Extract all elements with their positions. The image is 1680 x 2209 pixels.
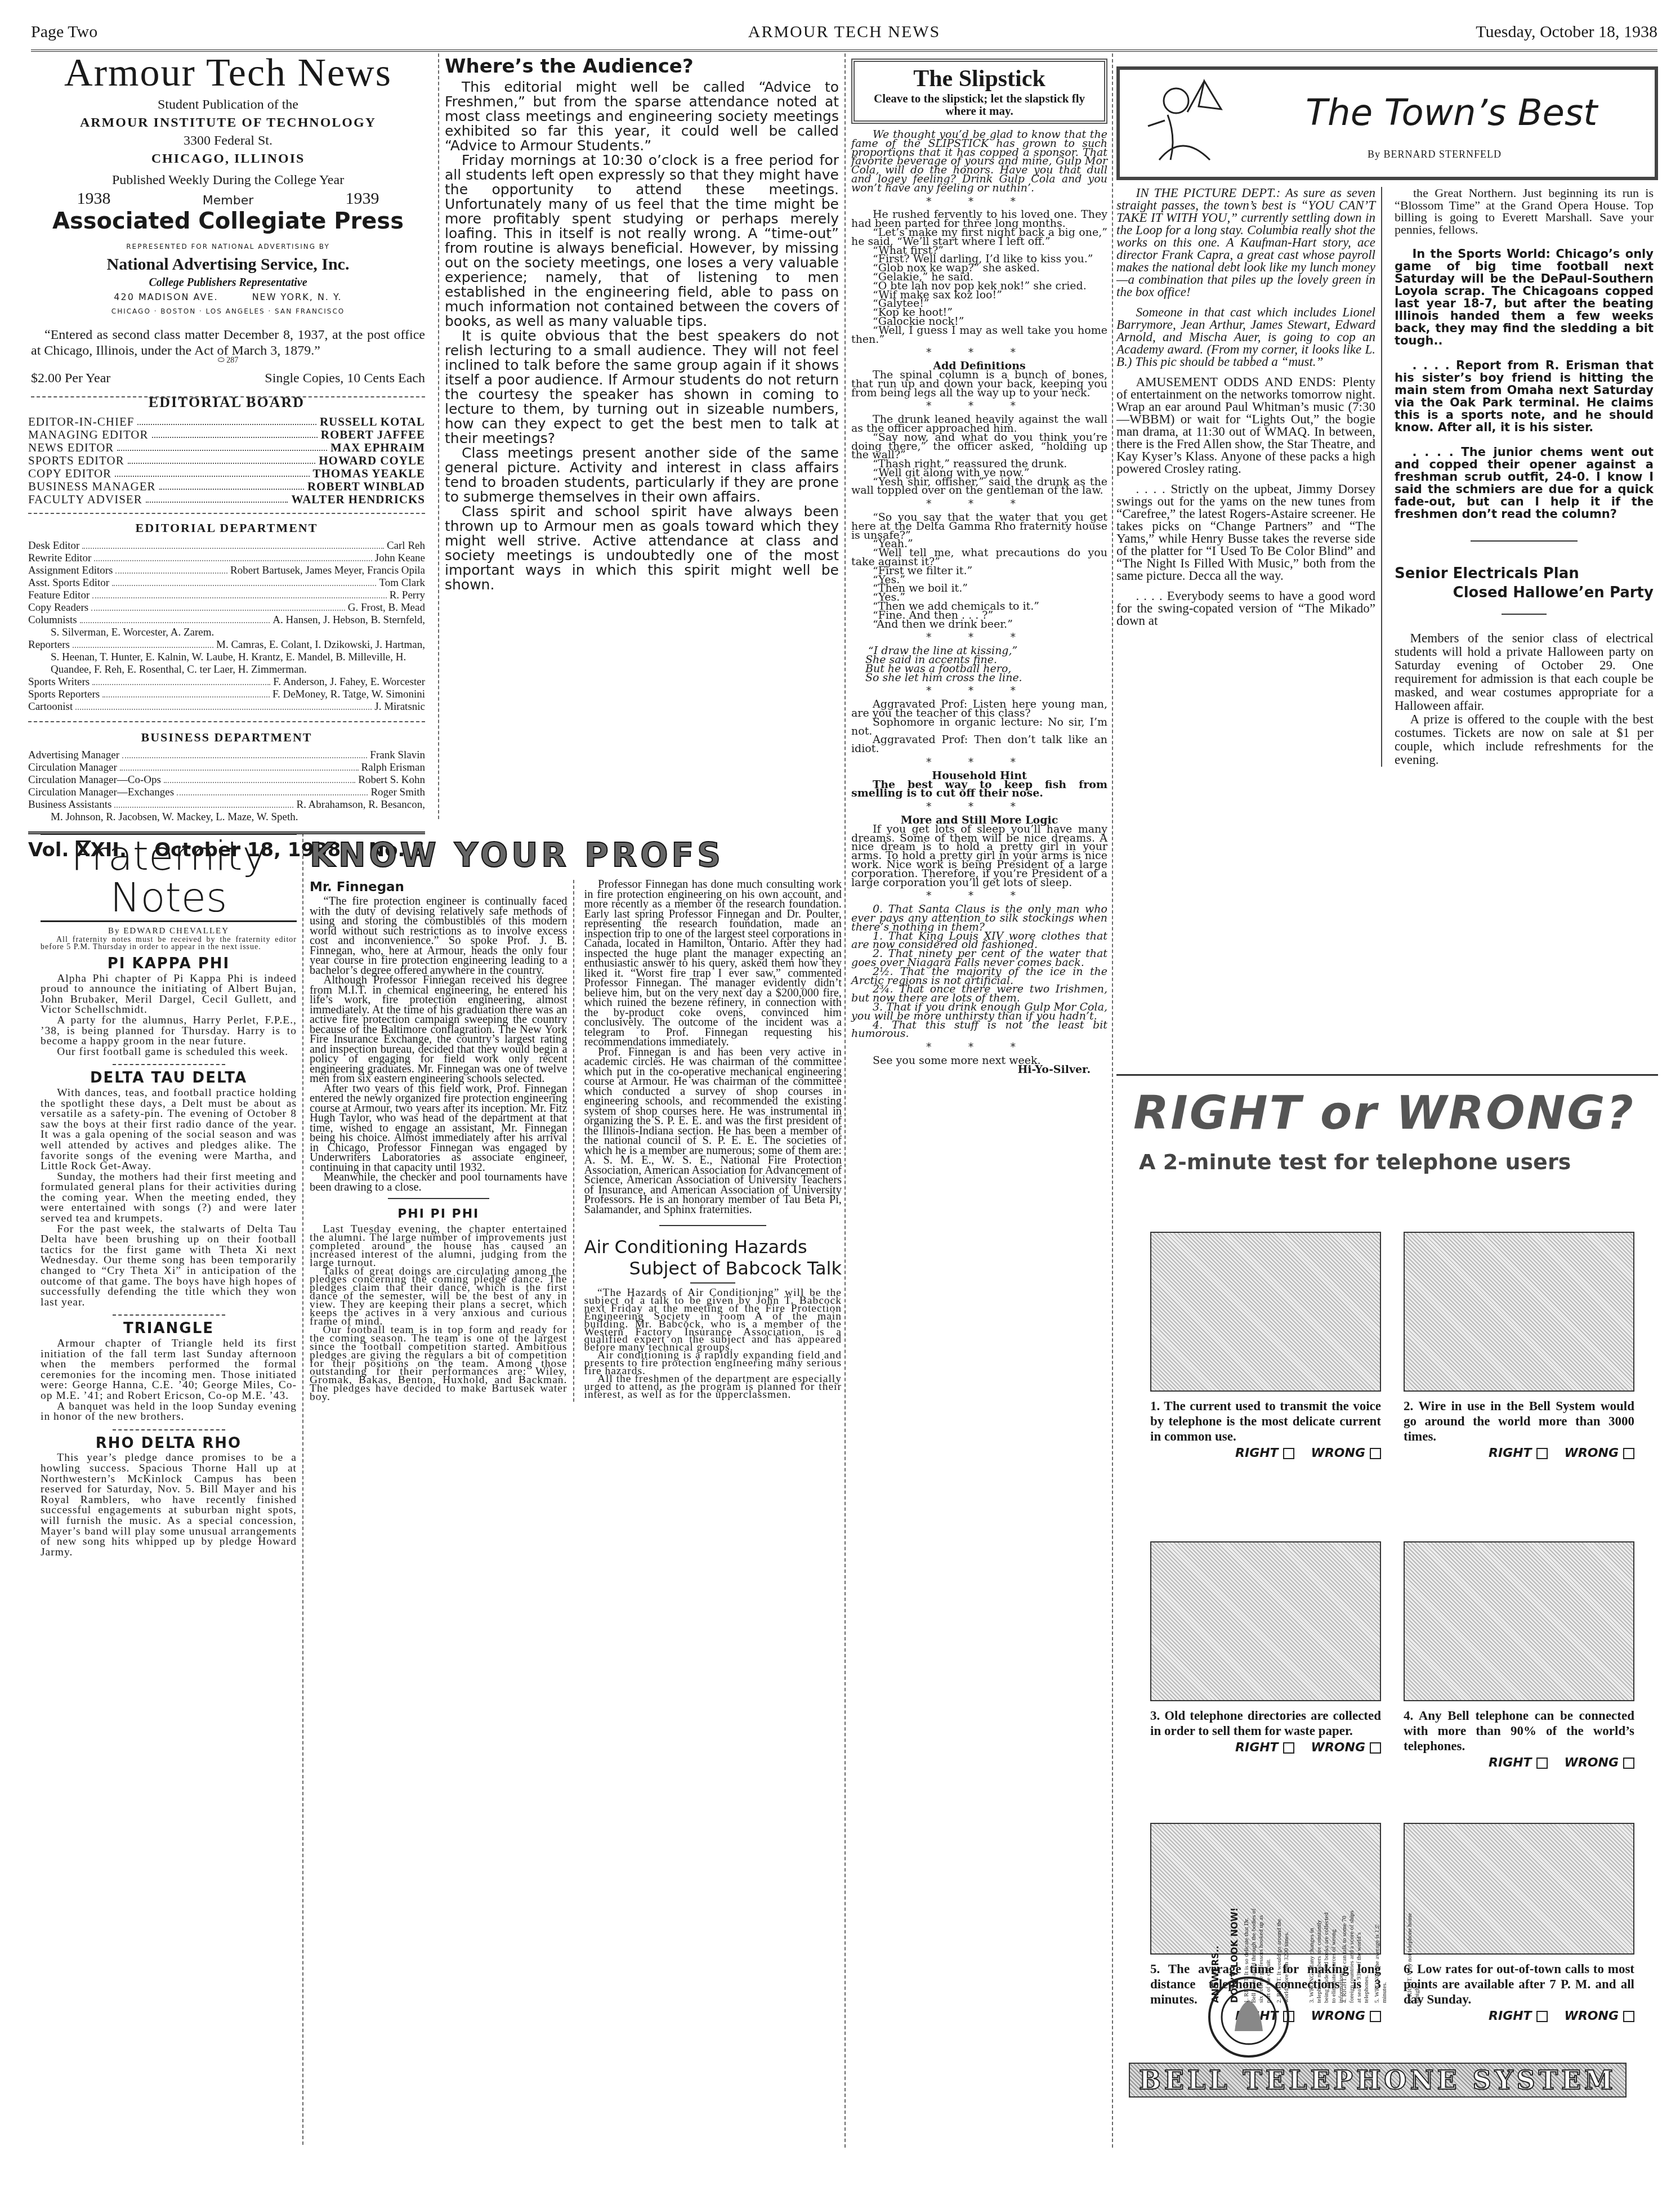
list-item: 0. That Santa Claus is the only man who … [851,905,1107,932]
right-checkbox[interactable] [1536,1758,1548,1769]
separator-stars: * * * [851,687,1107,696]
right-checkbox[interactable] [1536,1448,1548,1459]
fraternity-notes: Fraternity Notes By EDWARD CHEVALLEY All… [41,833,297,1558]
joke-line: “Yesh shir, offisher,” said the drunk as… [851,478,1107,496]
slipstick-intro: We thought you’d be glad to know that th… [851,131,1107,193]
continuation: S. Silverman, E. Worcester, A. Zarem. [28,627,425,639]
person-name: R. Abrahamson, R. Besancon, [296,799,425,811]
separator-stars: * * * [851,500,1107,509]
role-label: COPY EDITOR [28,467,111,480]
paper-name: ARMOUR TECH NEWS [31,23,1657,42]
column-divider [1112,53,1113,2148]
fraternity-heading: TRIANGLE [41,1323,297,1334]
role-label: Desk Editor [28,540,79,552]
air-conditioning-headline: Air Conditioning Hazards Subject of Babc… [584,1236,842,1279]
section-heading: EDITORIAL BOARD [28,394,425,411]
role-label: Circulation Manager [28,762,117,774]
masthead-line: Student Publication of the [31,96,425,114]
person-name: John Keane [375,552,425,565]
role-label: FACULTY ADVISER [28,493,142,506]
leader-dots [82,540,384,549]
know-your-profs: KNOW YOUR PROFS Mr. Finnegan “The fire p… [310,836,842,1402]
fraternity-paragraph: Last Tuesday evening, the chapter entert… [310,1226,568,1268]
phi-pi-phi-heading: PHI PI PHI [310,1207,568,1221]
answer-text: 5. WRONG. The average is 1½ minutes. [1374,1907,1403,2003]
fraternity-heading: DELTA TAU DELTA [41,1073,297,1084]
answer-options: RIGHTWRONG [1404,1756,1634,1770]
leader-dots [120,762,359,771]
masthead-row: FACULTY ADVISERWALTER HENDRICKS [28,493,425,506]
list-item: 4. That this stuff is not the least bit … [851,1021,1107,1039]
leader-dots [94,552,372,561]
column-divider [845,53,846,2148]
fraternity-paragraph: A party for the alumnus, Harry Perlet, F… [41,1016,297,1047]
person-name: Frank Slavin [370,749,425,762]
title-line: Notes [41,877,297,918]
editorial-paragraph: Class spirit and school spirit have alwa… [445,504,839,592]
list-item: 2. That ninety per cent of the water tha… [851,950,1107,968]
masthead-row: ReportersM. Camras, E. Colant, I. Dzikow… [28,639,425,651]
joke-line: “Well, I guess I may as well take you ho… [851,327,1107,345]
headline-line: Air Conditioning Hazards [584,1236,842,1258]
leader-dots [92,589,386,598]
person-name: ROBERT JAFFEE [321,428,425,441]
wrong-label: WRONG [1565,2009,1619,2023]
joke-line: “Let’s make my first night back a big on… [851,229,1107,247]
masthead-row: Circulation ManagerRalph Erisman [28,762,425,774]
separator-stars: * * * [851,198,1107,207]
answer-options: RIGHTWRONG [1404,2009,1634,2023]
quiz-illustration [1404,1232,1634,1392]
column-paragraph: . . . . Everybody seems to have a good w… [1116,590,1375,627]
ad-subheadline: A 2-minute test for telephone users [1139,1150,1571,1174]
leader-dots [146,493,288,503]
institute-name: ARMOUR INSTITUTE OF TECHNOLOGY [31,114,425,132]
right-checkbox[interactable] [1283,1448,1294,1459]
answer-text: 2. RIGHT. It would go around the world m… [1276,1907,1305,2003]
cpr-line: College Publishers Representative [31,274,425,292]
masthead-row: SPORTS EDITORHOWARD COYLE [28,454,425,467]
leader-dots [112,577,376,586]
fraternity-paragraph: Talks of great doings are circulating am… [310,1268,568,1326]
year-left: 1938 [77,189,111,208]
fraternity-paragraph: For the past week, the stalwarts of Delt… [41,1224,297,1308]
masthead-title: Armour Tech News [31,51,425,96]
person-name: F. Anderson, J. Fahey, E. Worcester [273,676,425,688]
divider [113,1429,225,1430]
list-item: 3. That if you drink enough Gulp Mor Col… [851,1003,1107,1021]
joke-line: If you get lots of sleep you’ll have man… [851,825,1107,888]
person-name: MAX EPHRAIM [330,441,425,454]
acp-logo: Associated Collegiate Press [31,208,425,234]
masthead-row: Business AssistantsR. Abrahamson, R. Bes… [28,799,425,811]
masthead-row: Circulation Manager—Co-OpsRobert S. Kohn [28,774,425,786]
byline: By EDWARD CHEVALLEY [41,927,297,936]
right-checkbox[interactable] [1536,2011,1548,2022]
masthead-row: ColumnistsA. Hansen, J. Hebson, B. Stern… [28,614,425,627]
senior-electricals-headline: Senior Electricals Plan Closed Hallowe’e… [1395,564,1654,602]
divider [1502,614,1547,615]
masthead-row: Circulation Manager—ExchangesRoger Smith [28,786,425,799]
leader-dots [92,676,270,685]
divider [28,513,425,514]
rep-line: REPRESENTED FOR NATIONAL ADVERTISING BY [31,238,425,256]
column-paragraph: the Great Northern. Just beginning its r… [1395,187,1654,235]
fraternity-paragraph: A banquet was held in the loop Sunday ev… [41,1402,297,1423]
prices: $2.00 Per Year Single Copies, 10 Cents E… [31,371,425,386]
divider [113,1064,225,1065]
leader-dots [177,786,368,795]
column-paragraph: IN THE PICTURE DEPT.: As sure as seven s… [1116,187,1375,298]
answers-title: ANSWERS.. [1212,1907,1219,2003]
article-paragraph: All the freshmen of the department are e… [584,1375,842,1399]
leader-dots [75,701,372,710]
profile-paragraph: Prof. Finnegan is and has been very acti… [584,1048,842,1215]
person-name: Ralph Erisman [361,762,425,774]
masthead-row: Advertising ManagerFrank Slavin [28,749,425,762]
price-year: $2.00 Per Year [31,371,110,386]
member-label: Member [203,189,254,208]
fraternity-paragraph: Alpha Phi chapter of Pi Kappa Phi is ind… [41,974,297,1016]
divider [659,1225,766,1226]
joke-line: The spinal column is a bunch of bones, t… [851,371,1107,397]
article-paragraph: “The Hazards of Air Conditioning” will b… [584,1289,842,1352]
masthead-row: Rewrite EditorJohn Keane [28,552,425,565]
column-paragraph: . . . . Report from R. Erisman that his … [1395,359,1654,433]
city: CHICAGO, ILLINOIS [31,150,425,168]
divider [113,1314,225,1316]
wrong-label: WRONG [1311,1741,1365,1755]
fraternity-paragraph: Sunday, the mothers had their first meet… [41,1172,297,1224]
person-name: HOWARD COYLE [319,454,425,467]
leader-dots [128,454,316,464]
quiz-question: 1. The current used to transmit the voic… [1150,1398,1381,1444]
leader-dots [115,467,309,477]
role-label: Sports Reporters [28,688,100,701]
wrong-checkbox[interactable] [1623,1758,1634,1769]
right-label: RIGHT [1489,2009,1532,2023]
nas-name: National Advertising Service, Inc. [31,256,425,274]
fraternity-paragraph: Our first football game is scheduled thi… [41,1047,297,1058]
leader-dots [102,688,270,697]
title-line: Fraternity [41,835,297,877]
leader-dots [122,749,367,758]
masthead-row: Desk EditorCarl Reh [28,540,425,552]
byline: By BERNARD STERNFELD [1368,149,1502,160]
separator-stars: * * * [851,803,1107,812]
editorial: Where’s the Audience? This editorial mig… [445,55,839,592]
quiz-item: 3. Old telephone directories are collect… [1150,1541,1381,1755]
joke-line: “Say now, and what do you think you’re d… [851,433,1107,460]
slipstick-header: The Slipstick Cleave to the slipstick; l… [851,59,1107,124]
person-name: Roger Smith [370,786,425,799]
divider [28,721,425,722]
quiz-question: 4. Any Bell telephone can be connected w… [1404,1708,1634,1754]
cartoon-figure-icon [1137,75,1249,171]
column-paragraph: . . . . The junior chems went out and co… [1395,446,1654,520]
masthead-row: CartoonistJ. Miratsnic [28,701,425,713]
masthead-row: Asst. Sports EditorTom Clark [28,577,425,589]
wrong-checkbox[interactable] [1370,1448,1381,1459]
role-label: Sports Writers [28,676,90,688]
editorial-paragraph: Class meetings present another side of t… [445,446,839,504]
headline-line: Subject of Babcock Talk [584,1258,842,1279]
divider [690,1282,735,1284]
masthead-row: EDITOR-IN-CHIEFRUSSELL KOTAL [28,415,425,428]
quiz-item: 2. Wire in use in the Bell System would … [1404,1232,1634,1460]
addr-right: NEW YORK, N. Y. [252,292,342,302]
profile-paragraph: Meanwhile, the checker and pool tourname… [310,1173,568,1192]
separator-stars: * * * [851,892,1107,901]
bell-system-label: BELL TELEPHONE SYSTEM [1130,2064,1625,2096]
answer-options: RIGHTWRONG [1150,1741,1381,1755]
continuation: S. Heenan, T. Hunter, E. Kalnin, W. Laub… [28,651,425,676]
person-name: F. DeMoney, R. Tatge, W. Simonini [272,688,425,701]
column-paragraph: AMUSEMENT ODDS AND ENDS: Plenty of enter… [1116,376,1375,475]
joke-line: The drunk leaned heavily against the wal… [851,415,1107,433]
joke-line: “So you say that the water that you get … [851,513,1107,540]
answer-text: 4. RIGHT. You can talk to some 70 foreig… [1341,1907,1370,2003]
wrong-checkbox[interactable] [1623,2011,1634,2022]
role-label: NEWS EDITOR [28,441,114,454]
person-name: RUSSELL KOTAL [320,415,425,428]
fraternity-heading: PI KAPPA PHI [41,959,297,969]
continuation: M. Johnson, R. Jacobsen, W. Mackey, L. M… [28,811,425,824]
quiz-illustration [1404,1541,1634,1701]
masthead-row: Sports WritersF. Anderson, J. Fahey, E. … [28,676,425,688]
profile-paragraph: Although Professor Finnegan received his… [310,976,568,1084]
person-name: G. Frost, B. Mead [348,602,425,614]
person-name: M. Camras, E. Colant, I. Dzikowski, J. H… [216,639,425,651]
kyp-banner: KNOW YOUR PROFS [310,836,842,874]
wrong-label: WRONG [1565,1756,1619,1770]
masthead-row: Sports ReportersF. DeMoney, R. Tatge, W.… [28,688,425,701]
ad-headline: RIGHT or WRONG? [1133,1086,1635,1140]
right-label: RIGHT [1489,1446,1532,1460]
postal-notice: “Entered as second class matter December… [31,327,425,359]
person-name: ROBERT WINBLAD [307,480,425,493]
role-label: MANAGING EDITOR [28,428,149,441]
role-label: Circulation Manager—Co-Ops [28,774,161,786]
person-name: A. Hansen, J. Hebson, B. Sternfeld, [272,614,425,627]
year-right: 1939 [345,189,379,208]
divider [1116,1074,1658,1076]
address: 3300 Federal St. [31,132,425,150]
divider [1471,540,1578,542]
price-single: Single Copies, 10 Cents Each [265,371,425,386]
slipstick-title: The Slipstick [859,65,1100,92]
leader-dots [152,428,318,438]
profile-paragraph: After two years of this field work, Prof… [310,1084,568,1173]
editorial-paragraph: Friday mornings at 10:30 o’clock is a fr… [445,153,839,329]
wrong-label: WRONG [1311,1446,1365,1460]
union-number: 287 [226,356,238,365]
poem-line: So she let him cross the line. [851,674,1107,683]
role-label: BUSINESS MANAGER [28,480,156,493]
column-paragraph: . . . . Strictly on the upbeat, Jimmy Do… [1116,483,1375,582]
masthead-row: Feature EditorR. Perry [28,589,425,602]
column-divider [302,833,303,2145]
section-heading: BUSINESS DEPARTMENT [28,730,425,745]
notice: All fraternity notes must be received by… [41,936,297,951]
role-label: Copy Readers [28,602,88,614]
person-name: R. Perry [390,589,425,602]
editorial-paragraph: This editorial might well be called “Adv… [445,80,839,153]
frequency: Published Weekly During the College Year [31,171,425,189]
column-paragraph: Someone in that cast which includes Lion… [1116,306,1375,368]
slipstick-motto: Cleave to the slipstick; let the slapsti… [859,92,1100,117]
column-divider [438,53,439,819]
cities: CHICAGO · BOSTON · LOS ANGELES · SAN FRA… [31,302,425,320]
answers-block: ANSWERS.. DON’T LOOK NOW!1. RIGHT. It is… [1212,1907,1572,2003]
section-heading: EDITORIAL DEPARTMENT [28,521,425,535]
quiz-question: 2. Wire in use in the Bell System would … [1404,1398,1634,1444]
role-label: EDITOR-IN-CHIEF [28,415,134,428]
leader-dots [137,415,316,425]
role-label: SPORTS EDITOR [28,454,124,467]
masthead-row: COPY EDITORTHOMAS YEAKLE [28,467,425,480]
bell-system-banner: BELL TELEPHONE SYSTEM [1129,2063,1627,2098]
role-label: Columnists [28,614,77,627]
towns-best-header: The Town’s Best By BERNARD STERNFELD [1116,66,1658,180]
separator-stars: * * * [851,758,1107,767]
role-label: Asst. Sports Editor [28,577,109,589]
wrong-label: WRONG [1565,1446,1619,1460]
fraternity-paragraph: With dances, teas, and football practice… [41,1088,297,1172]
leader-dots [80,614,270,623]
article-paragraph: A prize is offered to the couple with th… [1395,713,1654,767]
separator-stars: * * * [851,402,1107,411]
editorial-board: EDITORIAL BOARD EDITOR-IN-CHIEFRUSSELL K… [28,388,425,861]
signoff: Hi-Yo-Silver. [851,1066,1107,1075]
right-label: RIGHT [1235,1446,1279,1460]
quiz-illustration [1150,1232,1381,1392]
masthead-row: NEWS EDITORMAX EPHRAIM [28,441,425,454]
fraternity-notes-title: Fraternity Notes [41,835,297,918]
headline-line: Closed Hallowe’en Party [1395,583,1654,602]
fraternity-paragraph: This year’s pledge dance promises to be … [41,1453,297,1558]
masthead-row: MANAGING EDITORROBERT JAFFEE [28,428,425,441]
person-name: Carl Reh [387,540,425,552]
joke-line: The best way to keep fish from smelling … [851,781,1107,799]
fraternity-paragraph: Armour chapter of Triangle held its firs… [41,1339,297,1402]
profile-paragraph: “The fire protection engineer is continu… [310,897,568,976]
role-label: Cartoonist [28,701,73,713]
person-name: THOMAS YEAKLE [313,467,426,480]
role-label: Rewrite Editor [28,552,91,565]
leader-dots [115,565,227,574]
answer-text: 6. RIGHT. Why not telephone home tonight… [1406,1907,1436,2003]
masthead-row: Copy ReadersG. Frost, B. Mead [28,602,425,614]
quiz-item: 1. The current used to transmit the voic… [1150,1232,1381,1460]
leader-dots [114,799,293,808]
issue-date: Tuesday, October 18, 1938 [1476,23,1657,42]
role-label: Business Assistants [28,799,111,811]
masthead-row: BUSINESS MANAGERROBERT WINBLAD [28,480,425,493]
answer-options: RIGHTWRONG [1150,1446,1381,1460]
answers-subtitle: DON’T LOOK NOW! [1229,1907,1240,2003]
towns-best-column: The Town’s Best By BERNARD STERNFELD IN … [1116,66,1658,767]
article-paragraph: Air conditioning is a rapidly expanding … [584,1352,842,1375]
person-name: Robert S. Kohn [358,774,425,786]
person-name: J. Miratsnic [374,701,425,713]
role-label: Assignment Editors [28,565,113,577]
slipstick-column: The Slipstick Cleave to the slipstick; l… [851,59,1107,1075]
nas-address: 420 MADISON AVE. NEW YORK, N. Y. [31,292,425,302]
person-name: WALTER HENDRICKS [291,493,425,506]
divider [41,920,297,922]
role-label: Feature Editor [28,589,90,602]
article-paragraph: Members of the senior class of electrica… [1395,632,1654,713]
masthead: Armour Tech News Student Publication of … [31,51,425,397]
divider [388,1198,489,1199]
fraternity-heading: RHO DELTA RHO [41,1438,297,1449]
leader-dots [159,480,304,490]
prof-name: Mr. Finnegan [310,880,568,895]
member-years: 1938 Member 1939 [31,189,425,208]
editorial-title: Where’s the Audience? [445,55,839,78]
person-name: Tom Clark [379,577,425,589]
separator-stars: * * * [851,1043,1107,1052]
separator-stars: * * * [851,633,1107,642]
answer-options: RIGHTWRONG [1404,1446,1634,1460]
answer-text: 1. RIGHT. It is so delicate that Dr. Bel… [1243,1907,1272,2003]
role-label: Advertising Manager [28,749,119,762]
quiz-item: 4. Any Bell telephone can be connected w… [1404,1541,1634,1770]
leader-dots [91,602,345,611]
addr-left: 420 MADISON AVE. [114,292,218,302]
leader-dots [117,441,327,451]
masthead-row: Assignment EditorsRobert Bartusek, James… [28,565,425,577]
right-checkbox[interactable] [1283,1742,1294,1754]
person-name: Robert Bartusek, James Meyer, Francis Op… [230,565,425,577]
divider [41,833,297,835]
fraternity-paragraph: Our football team is in top form and rea… [310,1326,568,1402]
bell-telephone-ad: RIGHT or WRONG? A 2-minute test for tele… [1116,1074,1658,2132]
separator-stars: * * * [851,348,1107,357]
column-paragraph: In the Sports World: Chicago’s only game… [1395,248,1654,347]
wrong-checkbox[interactable] [1370,1742,1381,1754]
answer-text: 3. WRONG. Many changes in telephone numb… [1308,1907,1338,2003]
right-label: RIGHT [1489,1756,1532,1770]
role-label: Circulation Manager—Exchanges [28,786,174,799]
role-label: Reporters [28,639,70,651]
joke-line: “And then we drink beer.” [851,620,1107,629]
page-header: Page Two ARMOUR TECH NEWS Tuesday, Octob… [31,23,1657,45]
headline-line: Senior Electricals Plan [1395,564,1654,583]
quiz-question: 3. Old telephone directories are collect… [1150,1708,1381,1738]
towns-best-title: The Town’s Best [1306,92,1597,134]
right-label: RIGHT [1235,1741,1279,1755]
leader-dots [73,639,213,648]
wrong-checkbox[interactable] [1623,1448,1634,1459]
quiz-illustration [1150,1541,1381,1701]
joke-line: Aggravated Prof: Then don’t talk like an… [851,736,1107,754]
profile-paragraph: Professor Finnegan has done much consult… [584,880,842,1048]
leader-dots [164,774,355,783]
editorial-paragraph: It is quite obvious that the best speake… [445,329,839,446]
